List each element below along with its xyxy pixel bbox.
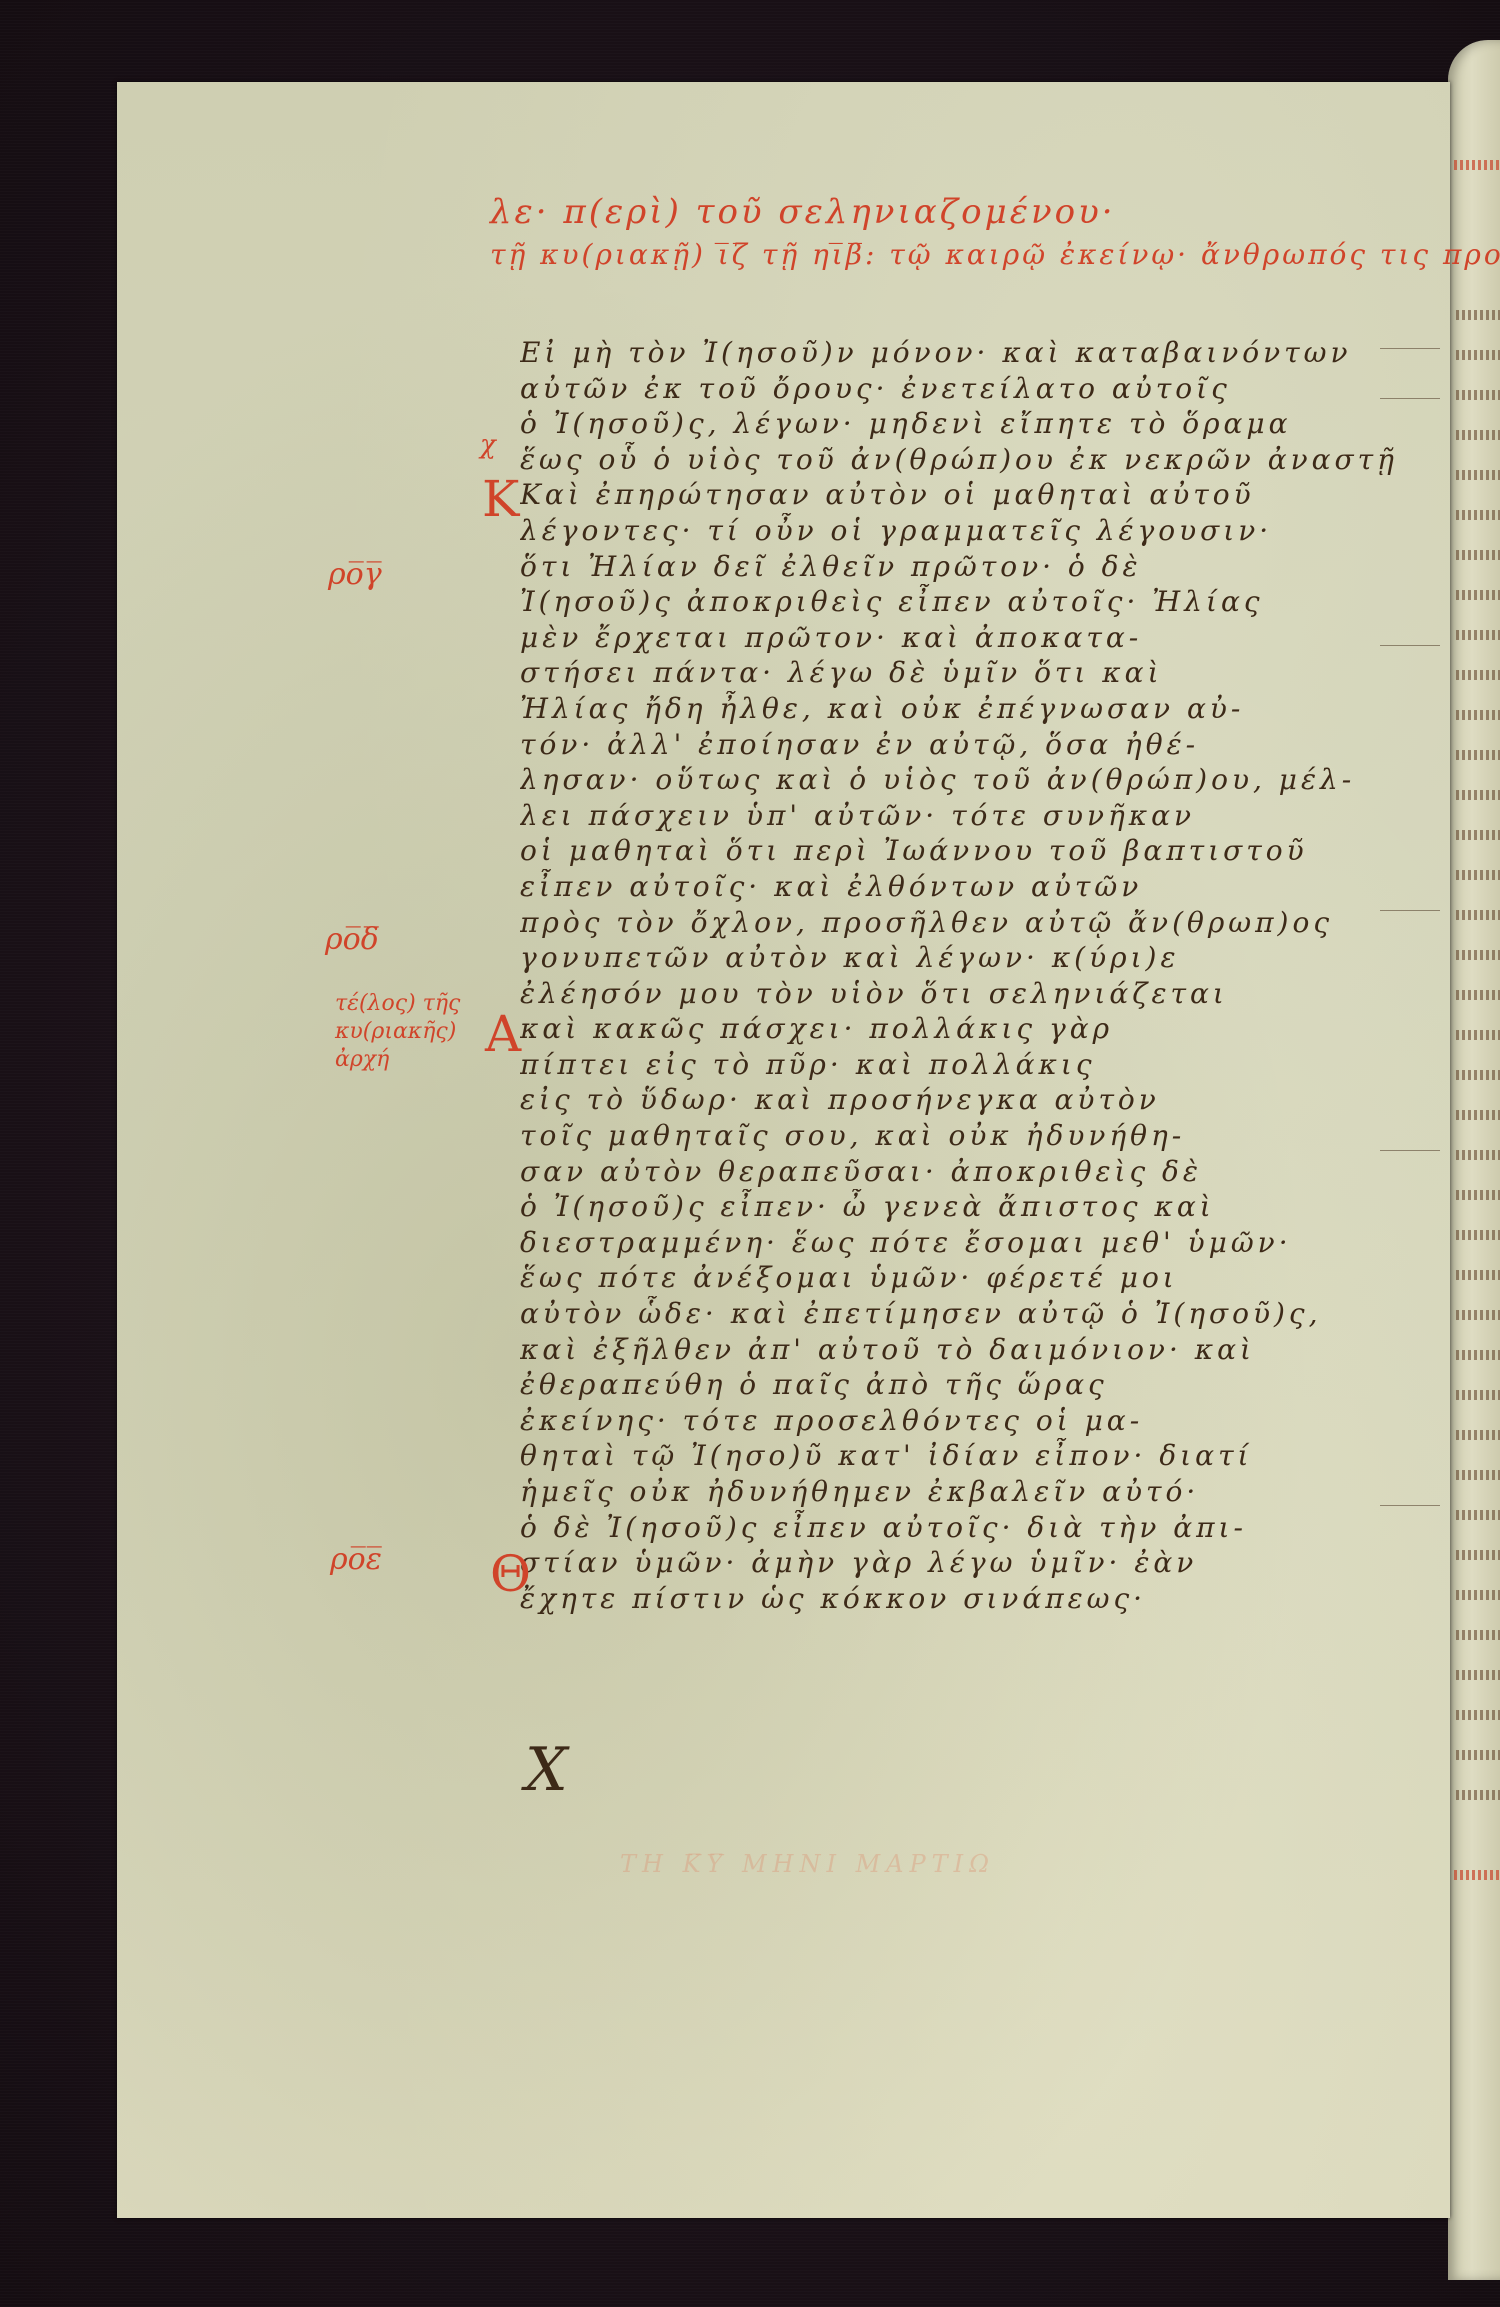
facing-text-line: [1456, 1190, 1500, 1200]
rubric-line-1: λε· π(ερὶ) τοῦ σεληνιαζομένου·: [490, 192, 1116, 232]
initial-kappa: Κ: [482, 470, 519, 528]
coda-mark: Χ: [525, 1735, 568, 1805]
facing-text-line: [1456, 550, 1500, 560]
facing-text-line: [1456, 670, 1500, 680]
facing-text-line: [1456, 630, 1500, 640]
text-line: Εἰ μὴ τὸν Ἰ(ησοῦ)ν μόνον· καὶ καταβαινόν…: [520, 335, 1400, 371]
text-line: ἡμεῖς οὐκ ἠδυνήθημεν ἐκβαλεῖν αὐτό·: [520, 1474, 1400, 1510]
facing-text-line: [1456, 1590, 1500, 1600]
text-line: πίπτει εἰς τὸ πῦρ· καὶ πολλάκις: [520, 1047, 1400, 1083]
text-line: ὁ Ἰ(ησοῦ)ς εἶπεν· ὦ γενεὰ ἄπιστος καὶ: [520, 1189, 1400, 1225]
facing-text-line: [1456, 750, 1500, 760]
text-line: λέγοντες· τί οὖν οἱ γραμματεῖς λέγουσιν·: [520, 513, 1400, 549]
facing-text-line: [1456, 1470, 1500, 1480]
facing-rubric: [1454, 1870, 1500, 1880]
facing-text-line: [1456, 950, 1500, 960]
margin-note-section-175: ρο̅ε̅: [330, 1545, 382, 1575]
facing-text-line: [1456, 830, 1500, 840]
text-line: ἕως οὗ ὁ υἱὸς τοῦ ἀν(θρώπ)ου ἐκ νεκρῶν ἀ…: [520, 442, 1400, 478]
facing-text-line: [1456, 710, 1500, 720]
rubric-line-2: τῇ κυ(ριακῇ) ι̅ζ̅ τῇ ηι̅β̅: τῷ καιρῷ ἐκε…: [490, 238, 1500, 271]
text-line: ὁ δὲ Ἰ(ησοῦ)ς εἶπεν αὐτοῖς· διὰ τὴν ἀπι-: [520, 1510, 1400, 1546]
facing-rubric: [1454, 160, 1500, 170]
facing-text-line: [1456, 1310, 1500, 1320]
show-through-text: ΤΗ Κ̅Υ̅ ΜΗΝΙ ΜΑΡΤΙΩ: [620, 1850, 995, 1878]
facing-text-line: [1456, 1750, 1500, 1760]
margin-note-section-174: ρο̅δ̅: [325, 925, 379, 955]
facing-text-line: [1456, 1390, 1500, 1400]
facing-text-line: [1456, 1550, 1500, 1560]
text-line: αὐτὸν ὧδε· καὶ ἐπετίμησεν αὐτῷ ὁ Ἰ(ησοῦ)…: [520, 1296, 1400, 1332]
facing-text-line: [1456, 1110, 1500, 1120]
text-line: λει πάσχειν ὑπ' αὐτῶν· τότε συνῆκαν: [520, 798, 1400, 834]
facing-text-line: [1456, 1350, 1500, 1360]
facing-text-line: [1456, 1710, 1500, 1720]
facing-text-line: [1456, 1270, 1500, 1280]
text-line: λησαν· οὕτως καὶ ὁ υἱὸς τοῦ ἀν(θρώπ)ου, …: [520, 762, 1400, 798]
facing-text-line: [1456, 590, 1500, 600]
text-line: τόν· ἀλλ' ἐποίησαν ἐν αὐτῷ, ὅσα ἠθέ-: [520, 727, 1400, 763]
text-line: τοῖς μαθηταῖς σου, καὶ οὐκ ἠδυνήθη-: [520, 1118, 1400, 1154]
text-line: καὶ ἐξῆλθεν ἀπ' αὐτοῦ τὸ δαιμόνιον· καὶ: [520, 1332, 1400, 1368]
facing-text-line: [1456, 350, 1500, 360]
text-line: μὲν ἔρχεται πρῶτον· καὶ ἀποκατα-: [520, 620, 1400, 656]
text-line: γονυπετῶν αὐτὸν καὶ λέγων· κ(ύρι)ε: [520, 940, 1400, 976]
facing-text-line: [1456, 510, 1500, 520]
facing-text-line: [1456, 430, 1500, 440]
facing-text-line: [1456, 390, 1500, 400]
text-line: εἰς τὸ ὕδωρ· καὶ προσήνεγκα αὐτὸν: [520, 1082, 1400, 1118]
text-line: οἱ μαθηταὶ ὅτι περὶ Ἰωάννου τοῦ βαπτιστο…: [520, 833, 1400, 869]
facing-text-line: [1456, 790, 1500, 800]
facing-text-line: [1456, 1630, 1500, 1640]
text-line: Ἰ(ησοῦ)ς ἀποκριθεὶς εἶπεν αὐτοῖς· Ἠλίας: [520, 584, 1400, 620]
text-line: θηταὶ τῷ Ἰ(ησο)ῦ κατ' ἰδίαν εἶπον· διατί: [520, 1438, 1400, 1474]
facing-text-line: [1456, 870, 1500, 880]
text-line: στήσει πάντα· λέγω δὲ ὑμῖν ὅτι καὶ: [520, 655, 1400, 691]
facing-text-line: [1456, 470, 1500, 480]
text-line: σαν αὐτὸν θεραπεῦσαι· ἀποκριθεὶς δὲ: [520, 1154, 1400, 1190]
facing-text-line: [1456, 1230, 1500, 1240]
initial-theta: Θ: [490, 1545, 531, 1603]
facing-text-line: [1456, 310, 1500, 320]
text-line: πρὸς τὸν ὄχλον, προσῆλθεν αὐτῷ ἄν(θρωπ)ο…: [520, 905, 1400, 941]
text-line: ὁ Ἰ(ησοῦ)ς, λέγων· μηδενὶ εἴπητε τὸ ὅραμ…: [520, 406, 1400, 442]
facing-text-line: [1456, 1030, 1500, 1040]
initial-alpha: Α: [485, 1005, 521, 1063]
facing-text-line: [1456, 990, 1500, 1000]
text-line: ἐκείνης· τότε προσελθόντες οἱ μα-: [520, 1403, 1400, 1439]
text-line: Καὶ ἐπηρώτησαν αὐτὸν οἱ μαθηταὶ αὐτοῦ: [520, 477, 1400, 513]
text-line: εἶπεν αὐτοῖς· καὶ ἐλθόντων αὐτῶν: [520, 869, 1400, 905]
facing-text-line: [1456, 1150, 1500, 1160]
text-line: ἔχητε πίστιν ὡς κόκκον σινάπεως·: [520, 1581, 1400, 1617]
facing-text-line: [1456, 910, 1500, 920]
text-line: καὶ κακῶς πάσχει· πολλάκις γὰρ: [520, 1011, 1400, 1047]
facing-text-line: [1456, 1430, 1500, 1440]
facing-text-line: [1456, 1070, 1500, 1080]
text-line: διεστραμμένη· ἕως πότε ἔσομαι μεθ' ὑμῶν·: [520, 1225, 1400, 1261]
facing-text-line: [1456, 1670, 1500, 1680]
facing-leaf-edge: [1448, 40, 1500, 2280]
facing-text-line: [1456, 1790, 1500, 1800]
text-line: ἐθεραπεύθη ὁ παῖς ἀπὸ τῆς ὥρας: [520, 1367, 1400, 1403]
text-line: Ἠλίας ἤδη ἦλθε, καὶ οὐκ ἐπέγνωσαν αὐ-: [520, 691, 1400, 727]
text-line: ἐλέησόν μου τὸν υἱὸν ὅτι σεληνιάζεται: [520, 976, 1400, 1012]
text-line: ἕως πότε ἀνέξομαι ὑμῶν· φέρετέ μοι: [520, 1260, 1400, 1296]
text-line: ὅτι Ἠλίαν δεῖ ἐλθεῖν πρῶτον· ὁ δὲ: [520, 549, 1400, 585]
facing-text-line: [1456, 1510, 1500, 1520]
main-text-column: Εἰ μὴ τὸν Ἰ(ησοῦ)ν μόνον· καὶ καταβαινόν…: [520, 335, 1400, 1616]
margin-note-chi: χ: [480, 430, 496, 460]
text-line: στίαν ὑμῶν· ἀμὴν γὰρ λέγω ὑμῖν· ἐὰν: [520, 1545, 1400, 1581]
text-line: αὐτῶν ἐκ τοῦ ὄρους· ἐνετείλατο αὐτοῖς: [520, 371, 1400, 407]
margin-note-lection: τέ(λος) τῆς κυ(ριακῆς) ἀρχή: [335, 990, 475, 1074]
margin-note-section-173: ρο̅γ̅: [328, 560, 382, 590]
